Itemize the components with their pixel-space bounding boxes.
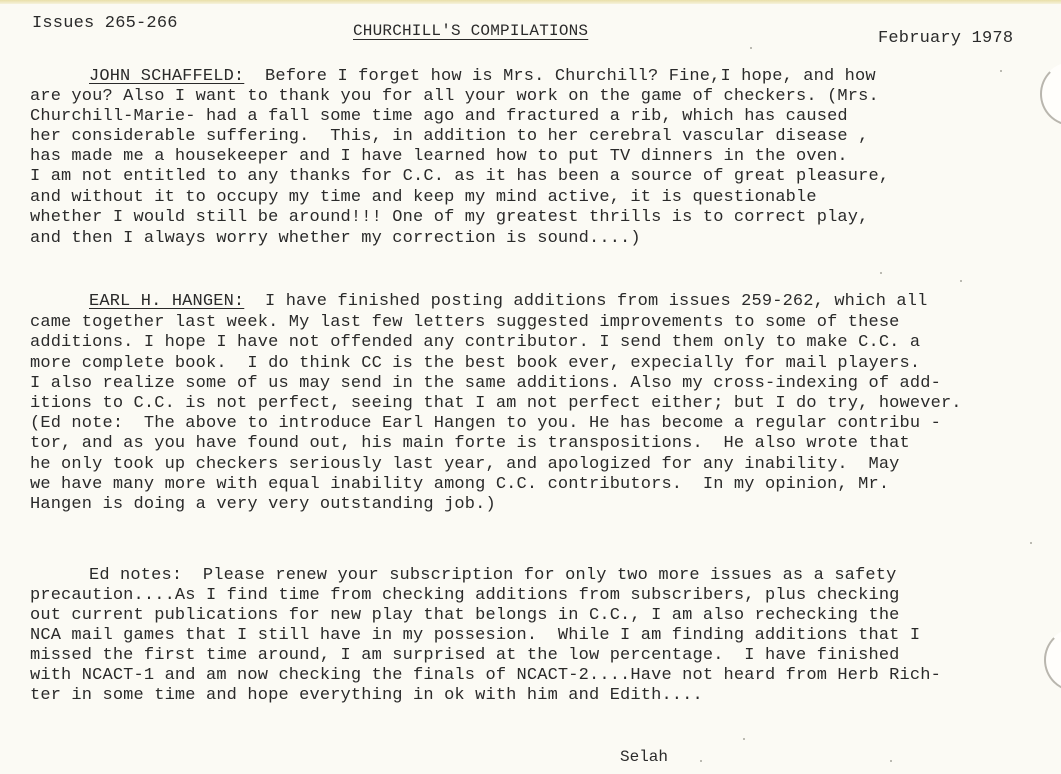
paragraph-first-line: Ed notes: Please renew your subscription… [89,566,896,586]
text-line: whether I would still be around!!! One o… [30,208,868,228]
text-line: we have many more with equal inability a… [30,475,889,495]
paragraph-first-line: EARL H. HANGEN: I have finished posting … [89,292,928,312]
text-line: I also realize some of us may send in th… [30,374,941,394]
issue-date: February 1978 [878,29,1013,48]
signature: Selah [620,748,668,766]
paper-speck [890,760,892,762]
author-name: EARL H. HANGEN: [89,292,244,311]
section-label: Ed notes: [89,566,182,585]
paper-speck [1000,70,1002,72]
paper-speck [880,272,882,274]
text-line: (Ed note: The above to introduce Earl Ha… [30,414,941,434]
text-line: and then I always worry whether my corre… [30,229,641,249]
author-name: JOHN SCHAFFELD: [89,67,244,86]
text-line: he only took up checkers seriously last … [30,455,900,475]
text-line: additions. I hope I have not offended an… [30,333,920,353]
page-top-edge [0,0,1061,4]
text-line: NCA mail games that I still have in my p… [30,626,920,646]
issue-numbers: Issues 265-266 [32,14,178,33]
paper-speck [1030,542,1032,544]
newsletter-title: CHURCHILL'S COMPILATIONS [353,22,588,40]
text-line: Churchill-Marie- had a fall some time ag… [30,107,848,127]
text-line: has made me a housekeeper and I have lea… [30,147,848,167]
paper-speck [743,738,745,740]
text-line: missed the first time around, I am surpr… [30,646,900,666]
text-line: her considerable suffering. This, in add… [30,127,868,147]
paper-speck [960,280,962,282]
text-line: more complete book. I do think CC is the… [30,354,920,374]
text-line: Hangen is doing a very very outstanding … [30,495,496,515]
text-line: came together last week. My last few let… [30,313,900,333]
paper-speck [700,760,702,762]
text-line: ter in some time and hope everything in … [30,686,703,706]
paper-speck [750,47,752,49]
text-line: itions to C.C. is not perfect, seeing th… [30,394,962,414]
text-line: tor, and as you have found out, his main… [30,434,910,454]
text-line: are you? Also I want to thank you for al… [30,87,879,107]
paragraph-first-line: JOHN SCHAFFELD: Before I forget how is M… [89,67,876,87]
text-line: out current publications for new play th… [30,606,900,626]
text-line: with NCACT-1 and am now checking the fin… [30,666,941,686]
text-line: precaution....As I find time from checki… [30,586,900,606]
text-line: I am not entitled to any thanks for C.C.… [30,167,889,187]
text-line: and without it to occupy my time and kee… [30,188,817,208]
punch-hole-bottom [1044,628,1061,692]
punch-hole-top [1040,62,1061,126]
